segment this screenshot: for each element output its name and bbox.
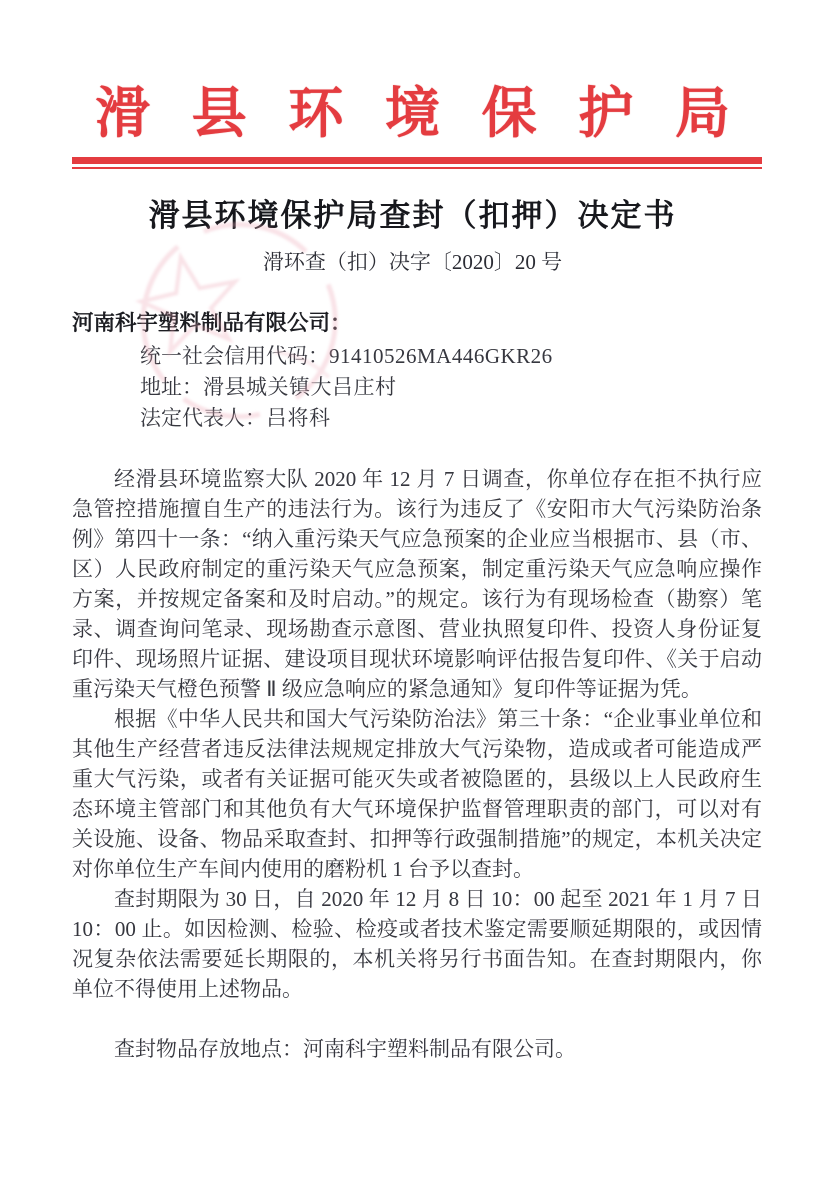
legal-representative-label: 法定代表人： (140, 406, 266, 430)
legal-representative-value: 吕将科 (266, 406, 331, 430)
document-title: 滑县环境保护局查封（扣押）决定书 (0, 198, 825, 234)
rule-thin-line (72, 167, 762, 169)
org-name-char: 局 (675, 84, 730, 144)
document-number: 滑环查（扣）决字〔2020〕20 号 (0, 249, 825, 275)
credit-code-value: 91410526MA446GKR26 (329, 344, 553, 368)
org-name-char: 环 (288, 84, 343, 144)
info-row-credit-code: 统一社会信用代码：91410526MA446GKR26 (72, 341, 762, 372)
address-label: 地址： (140, 375, 203, 399)
org-name-char: 保 (482, 84, 537, 144)
rule-thick-line (72, 157, 762, 164)
credit-code-label: 统一社会信用代码： (140, 344, 329, 368)
scanned-document-page: 滑县环境保护局 滑县环境保护局查封（扣押）决定书 滑环查（扣）决字〔2020〕2… (0, 0, 825, 1177)
org-name-char: 县 (192, 84, 247, 144)
recipient-line: 河南科宇塑料制品有限公司： (72, 308, 762, 339)
document-body: 河南科宇塑料制品有限公司： 统一社会信用代码：91410526MA446GKR2… (72, 308, 762, 1064)
org-name-char: 境 (385, 84, 440, 144)
org-name-char: 滑 (95, 84, 150, 144)
paragraph-violation-findings: 经滑县环境监察大队 2020 年 12 月 7 日调查，你单位存在拒不执行应急管… (72, 464, 762, 704)
decision-paragraphs: 经滑县环境监察大队 2020 年 12 月 7 日调查，你单位存在拒不执行应急管… (72, 464, 762, 1064)
company-info-block: 统一社会信用代码：91410526MA446GKR26 地址：滑县城关镇大吕庄村… (72, 341, 762, 434)
org-name: 滑县环境保护局 (95, 84, 730, 144)
address-value: 滑县城关镇大吕庄村 (203, 375, 397, 399)
paragraph-storage-location: 查封物品存放地点：河南科宇塑料制品有限公司。 (72, 1034, 762, 1064)
info-row-address: 地址：滑县城关镇大吕庄村 (72, 372, 762, 403)
info-row-legal-representative: 法定代表人：吕将科 (72, 403, 762, 434)
paragraph-legal-basis: 根据《中华人民共和国大气污染防治法》第三十条：“企业事业单位和其他生产经营者违反… (72, 704, 762, 884)
letterhead: 滑县环境保护局 (0, 0, 825, 144)
letterhead-rule (72, 157, 762, 169)
paragraph-seizure-period: 查封期限为 30 日，自 2020 年 12 月 8 日 10：00 起至 20… (72, 884, 762, 1004)
org-name-char: 护 (578, 84, 633, 144)
